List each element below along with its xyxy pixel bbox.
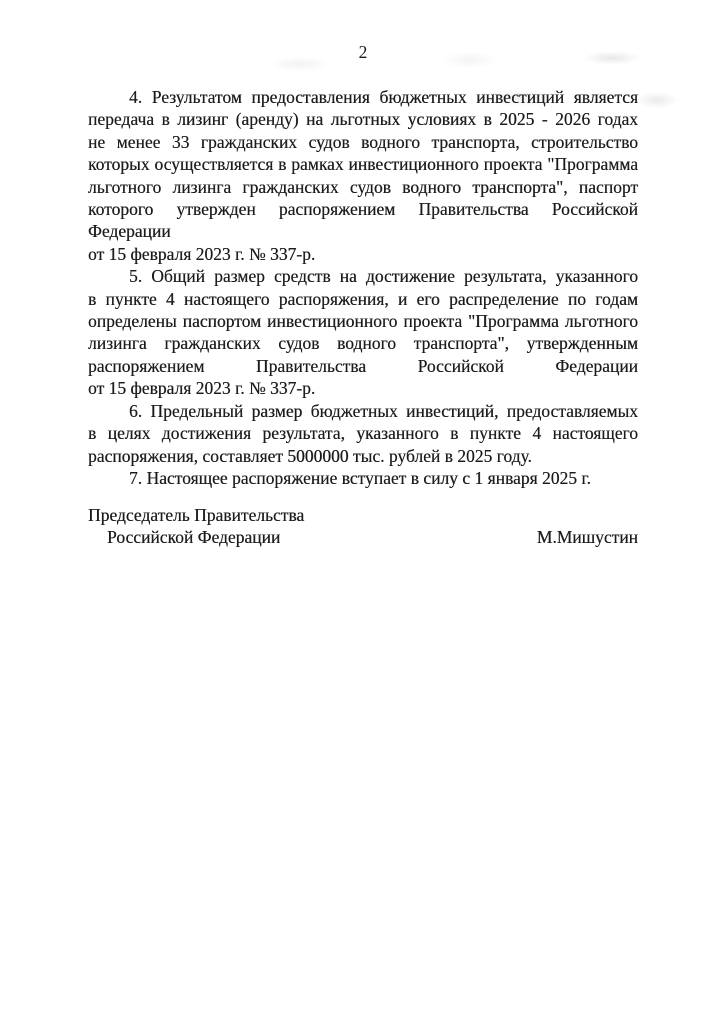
signatory-title-line2: Российской Федерации <box>88 526 304 548</box>
text-line: не менее 33 гражданских судов водного тр… <box>88 131 638 153</box>
document-body: 4. Результатом предоставления бюджетных … <box>88 86 638 489</box>
text-line: определены паспортом инвестиционного про… <box>88 310 638 332</box>
text-line: передача в лизинг (аренду) на льготных у… <box>88 108 638 130</box>
paragraph-item-6: 6. Предельный размер бюджетных инвестици… <box>88 400 638 467</box>
text-line: лизинга гражданских судов водного трансп… <box>88 332 638 354</box>
signatory-title-line1: Председатель Правительства <box>88 504 304 526</box>
text-line: 5. Общий размер средств на достижение ре… <box>88 265 638 287</box>
text-line: 7. Настоящее распоряжение вступает в сил… <box>88 467 638 489</box>
text-line: распоряжением Правительства Российской Ф… <box>88 355 638 377</box>
paragraph-item-5: 5. Общий размер средств на достижение ре… <box>88 265 638 399</box>
text-line: 6. Предельный размер бюджетных инвестици… <box>88 400 638 422</box>
text-line: в целях достижения результата, указанног… <box>88 422 638 444</box>
text-line: от 15 февраля 2023 г. № 337-р. <box>88 243 638 265</box>
text-line: распоряжения, составляет 5000000 тыс. ру… <box>88 445 638 467</box>
signature-block: Председатель Правительства Российской Фе… <box>88 504 638 549</box>
text-line: от 15 февраля 2023 г. № 337-р. <box>88 377 638 399</box>
page-number: 2 <box>88 41 638 63</box>
document-page: 2 4. Результатом предоставления бюджетны… <box>0 0 724 1024</box>
signatory-name: М.Мишустин <box>537 526 638 548</box>
text-line: 4. Результатом предоставления бюджетных … <box>88 86 638 108</box>
text-line: которых осуществляется в рамках инвестиц… <box>88 153 638 175</box>
text-line: в пункте 4 настоящего распоряжения, и ег… <box>88 288 638 310</box>
text-line: льготного лизинга гражданских судов водн… <box>88 176 638 198</box>
signatory-title: Председатель Правительства Российской Фе… <box>88 504 304 549</box>
text-line: которого утвержден распоряжением Правите… <box>88 198 638 243</box>
paragraph-item-4: 4. Результатом предоставления бюджетных … <box>88 86 638 265</box>
paragraph-item-7: 7. Настоящее распоряжение вступает в сил… <box>88 467 638 489</box>
